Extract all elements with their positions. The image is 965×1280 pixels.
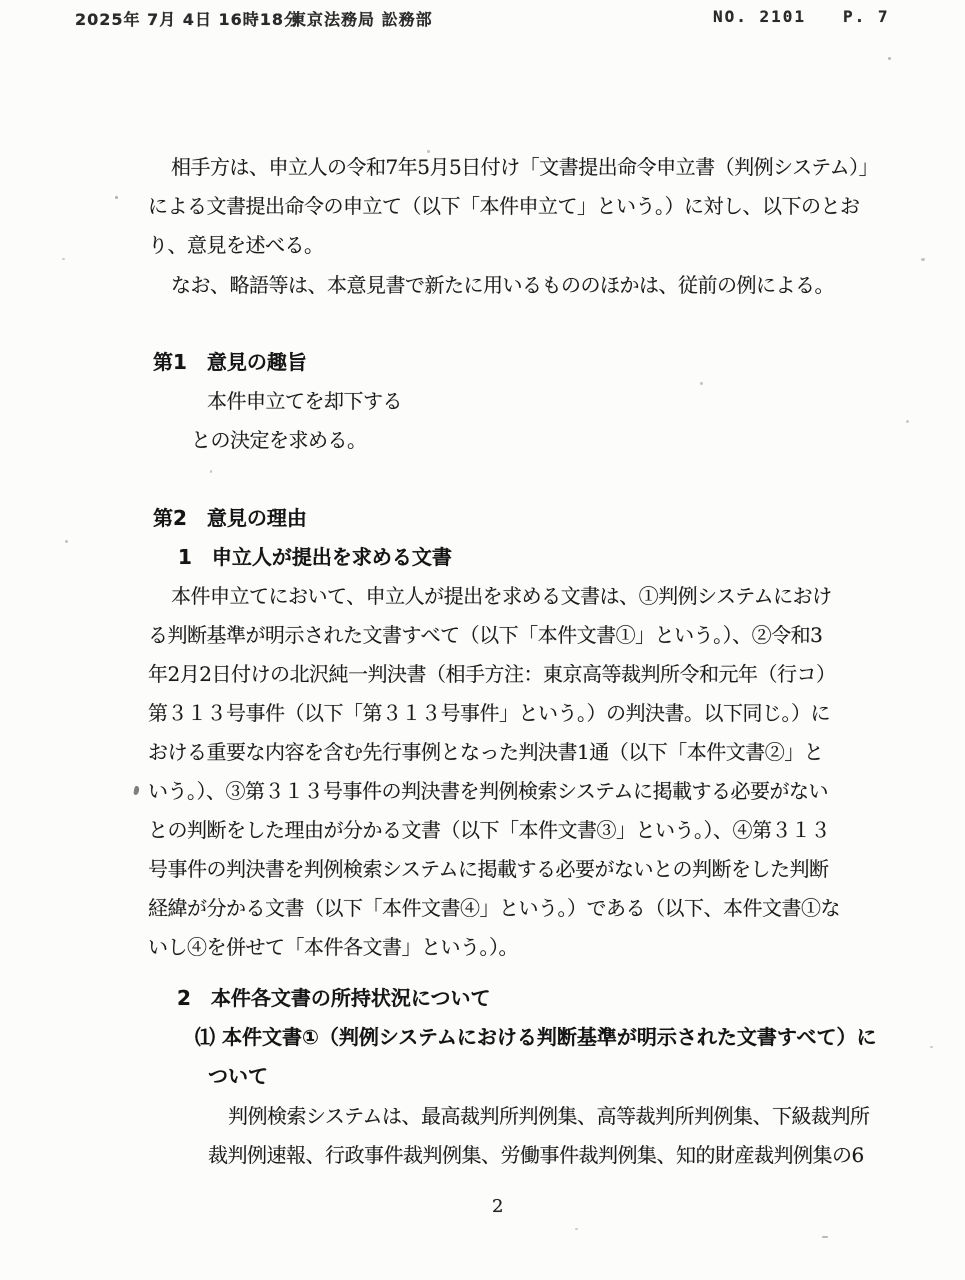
scan-speck [210, 470, 212, 473]
opening-paragraph-line-3: り、意見を述べる。 [148, 234, 324, 257]
scan-speck [930, 1046, 933, 1048]
scan-speck [575, 1228, 578, 1230]
opening-paragraph-line-2: による文書提出命令の申立て（以下「本件申立て」という。）に対し、以下のとお [148, 195, 860, 218]
note-paragraph-line: なお、略語等は、本意見書で新たに用いるもののほかは、従前の例による。 [171, 274, 834, 297]
item-1-paragraph-line-7: との判断をした理由が分かる文書（以下「本件文書③」という。）、④第３１３ [148, 819, 830, 842]
item-1-paragraph-line-5: おける重要な内容を含む先行事例となった判決書1通（以下「本件文書②」と [148, 741, 823, 764]
item-1-paragraph-line-4: 第３１３号事件（以下「第３１３号事件」という。）の判決書。以下同じ。）に [148, 702, 830, 725]
scan-speck [822, 1236, 828, 1238]
section-1-body-line-2: との決定を求める。 [191, 429, 367, 452]
scan-speck [888, 57, 891, 60]
opening-paragraph-line-1: 相手方は、申立人の令和7年5月5日付け「文書提出命令申立書（判例システム）」 [171, 156, 878, 179]
page-number: 2 [492, 1196, 503, 1217]
item-1-paragraph-line-6: いう。）、③第３１３号事件の判決書を判例検索システムに掲載する必要がない [148, 780, 828, 803]
scan-speck [65, 540, 68, 543]
section-2-item-2-heading: 2 本件各文書の所持状況について [177, 987, 491, 1010]
item-1-paragraph-line-8: 号事件の判決書を判例検索システムに掲載する必要がないとの判断をした判断 [148, 858, 829, 881]
scan-speck [62, 258, 65, 260]
section-2-item-1-heading: 1 申立人が提出を求める文書 [178, 546, 452, 569]
item-1-paragraph-line-1: 本件申立てにおいて、申立人が提出を求める文書は、①判例システムにおけ [171, 585, 832, 608]
scan-speck [427, 150, 430, 153]
fax-transmission-number: NO. 2101 [713, 7, 806, 26]
scan-speck [921, 258, 925, 261]
scan-speck [115, 196, 118, 199]
section-1-heading: 第1 意見の趣旨 [153, 351, 307, 374]
item-2-sub-1-paragraph-line-1: 判例検索システムは、最高裁判所判例集、高等裁判所判例集、下級裁判所 [228, 1105, 870, 1128]
section-1-body-line-1: 本件申立てを却下する [207, 390, 402, 413]
fax-sender: 東京法務局 訟務部 [290, 7, 433, 30]
scan-speck [906, 420, 909, 423]
item-2-sub-1-heading-line-1: ⑴ 本件文書①（判例システムにおける判断基準が明示された文書すべて）に [195, 1026, 877, 1049]
scan-speck [133, 786, 140, 796]
item-2-sub-1-heading-line-2: ついて [208, 1065, 268, 1088]
fax-page-code: P. 7 [843, 7, 890, 26]
scanned-fax-document-page: 2025年 7月 4日 16時18分 東京法務局 訟務部 NO. 2101 P.… [0, 0, 965, 1280]
item-1-paragraph-line-9: 経緯が分かる文書（以下「本件文書④」という。）である（以下、本件文書①な [148, 897, 840, 920]
section-2-heading: 第2 意見の理由 [153, 507, 307, 530]
scan-speck [700, 382, 703, 385]
item-2-sub-1-paragraph-line-2: 裁判例速報、行政事件裁判例集、労働事件裁判例集、知的財産裁判例集の6 [208, 1144, 864, 1167]
item-1-paragraph-line-2: る判断基準が明示された文書すべて（以下「本件文書①」という。）、②令和3 [148, 624, 822, 647]
fax-datetime: 2025年 7月 4日 16時18分 [75, 7, 301, 30]
item-1-paragraph-line-3: 年2月2日付けの北沢純一判決書（相手方注：東京高等裁判所令和元年（行コ） [148, 663, 835, 686]
item-1-paragraph-line-10: いし④を併せて「本件各文書」という。）。 [148, 936, 518, 959]
